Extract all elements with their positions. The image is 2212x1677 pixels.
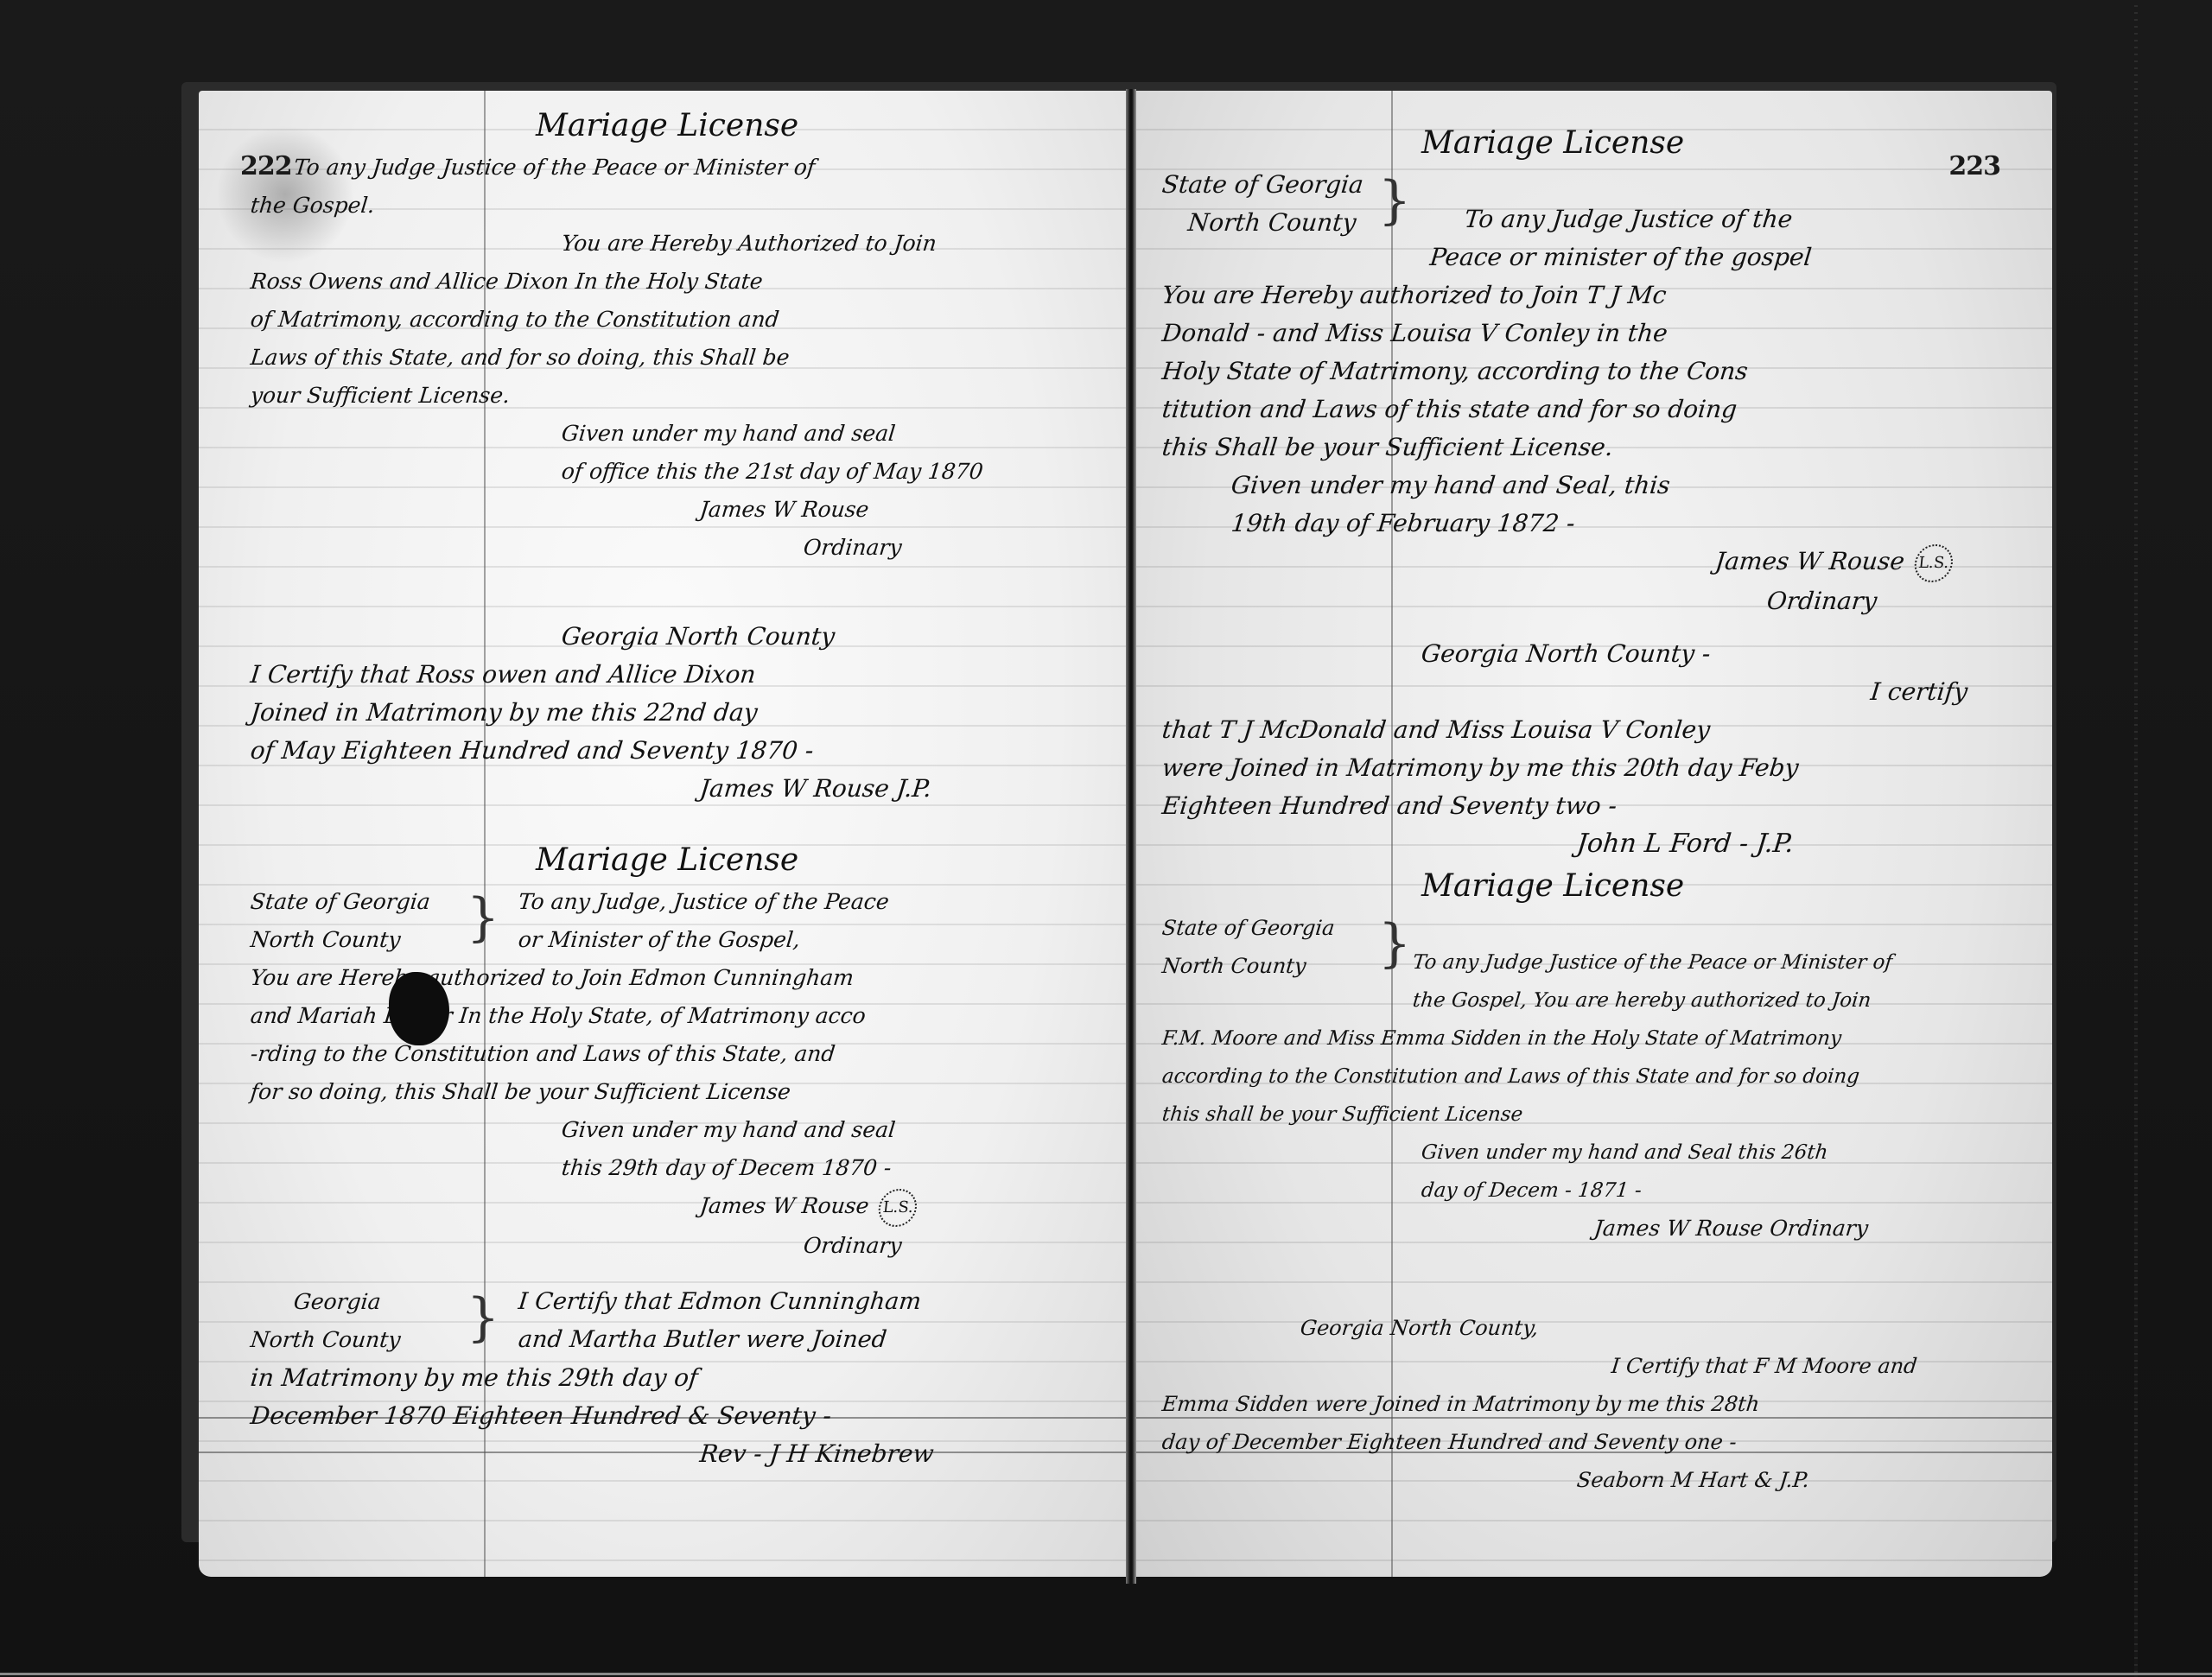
license-entry: Mariage License State of Georgia North C… (251, 842, 1106, 1265)
certificate-entry: Georgia North County I Certify that Ross… (251, 618, 1106, 808)
text-line: To any Judge, Justice of the Peace (499, 883, 891, 921)
signature-name: James W Rouse (1713, 547, 1905, 575)
seal-icon: L.S. (1913, 544, 1955, 582)
text-line: titution and Laws of this state and for … (1160, 391, 2029, 429)
text-line: the Gospel. (249, 187, 1109, 225)
entry-heading: Mariage License (251, 842, 1106, 878)
signature: James W Rouse J.P. (249, 770, 1109, 808)
signature-name: James W Rouse (699, 1193, 871, 1218)
certificate-entry: Georgia North County, I Certify that F M… (1162, 1309, 2035, 1499)
entry-heading: Georgia North County, (1160, 1309, 2037, 1347)
text-line: I Certify that Ross owen and Allice Dixo… (249, 656, 1109, 694)
text-line: Holy State of Matrimony, according to th… (1160, 353, 2029, 391)
text-line: Donald - and Miss Louisa V Conley in the (1160, 314, 2029, 353)
state-label: State of Georgia (1160, 909, 1381, 947)
text-line: To any Judge Justice of the Peace or Min… (1411, 943, 1895, 981)
county-label: North County (249, 1321, 469, 1359)
entry-heading: Mariage License (1162, 868, 2035, 904)
text-line: were Joined in Matrimony by me this 20th… (1160, 749, 2029, 787)
signature: John L Ford - J.P. (1160, 825, 2029, 863)
text-line: and Mariah Butler In the Holy State, of … (249, 997, 1109, 1035)
license-entry: Mariage License State of Georgia North C… (1162, 868, 2035, 1248)
text-line: this shall be your Sufficient License (1160, 1096, 2037, 1134)
text-line: Given under my hand and Seal this 26th (1160, 1134, 2037, 1172)
signature: James W RouseL.S. (1160, 543, 2029, 582)
text-line: I Certify that Edmon Cunningham (499, 1283, 924, 1321)
scanner-bottom-line (0, 1673, 2212, 1675)
text-line: You are Hereby authorized to Join Edmon … (249, 959, 1109, 997)
text-line: December 1870 Eighteen Hundred & Seventy… (249, 1397, 1109, 1435)
brace-icon: } (1378, 909, 1413, 978)
signature: James W Rouse (249, 491, 1109, 529)
text-line: F.M. Moore and Miss Emma Sidden in the H… (1160, 1020, 2037, 1058)
signature: James W RouseL.S. (249, 1187, 1109, 1227)
text-line: Given under my hand and seal (249, 1111, 1109, 1149)
open-ledger-book: 222 Mariage License To any Judge Justice… (181, 82, 2056, 1542)
state-county-labels: State of Georgia North County (1162, 166, 1378, 242)
state-county-block: State of Georgia North County } To any J… (1162, 909, 2035, 1020)
text-line: day of December Eighteen Hundred and Sev… (1160, 1423, 2037, 1461)
county-label: North County (249, 921, 469, 959)
state-label: Georgia (249, 1283, 469, 1321)
brace-icon: } (467, 1283, 501, 1352)
text-line: 19th day of February 1872 - (1160, 505, 2029, 543)
text-line: your Sufficient License. (249, 377, 1109, 415)
right-page: 223 Mariage License State of Georgia Nor… (1136, 91, 2052, 1577)
license-entry: Mariage License To any Judge Justice of … (251, 108, 1106, 567)
state-county-labels: Georgia North County (251, 1283, 467, 1359)
text-line: Given under my hand and seal (249, 415, 1109, 453)
state-county-block: State of Georgia North County } To any J… (251, 883, 1106, 959)
state-county-block: Georgia North County } I Certify that Ed… (251, 1283, 1106, 1359)
text-line: that T J McDonald and Miss Louisa V Conl… (1160, 711, 2029, 749)
entry-heading: Georgia North County (249, 618, 1109, 656)
text-line: You are Hereby Authorized to Join (249, 225, 1109, 263)
county-label: North County (1160, 204, 1381, 242)
brace-icon: } (1378, 166, 1413, 235)
signature-title: Ordinary (249, 1227, 1109, 1265)
signature: Rev - J H Kinebrew (249, 1435, 1109, 1473)
scanner-edge-strip (2134, 0, 2138, 1677)
book-gutter (1126, 89, 1136, 1584)
text-line: I certify (1160, 673, 2029, 711)
entry-heading: Mariage License (1162, 125, 2026, 161)
county-label: North County (1160, 947, 1381, 985)
text-line: according to the Constitution and Laws o… (1160, 1058, 2037, 1096)
text-line: I Certify that F M Moore and (1160, 1347, 2037, 1385)
addressee: To any Judge Justice of the Peace or Min… (1413, 909, 1892, 1020)
text-line: of May Eighteen Hundred and Seventy 1870… (249, 732, 1109, 770)
text-line: To any Judge Justice of the Peace or Min… (249, 149, 1109, 187)
signature: James W Rouse Ordinary (1160, 1210, 2037, 1248)
state-county-block: State of Georgia North County } To any J… (1162, 166, 2026, 276)
text-line: Emma Sidden were Joined in Matrimony by … (1160, 1385, 2037, 1423)
text-line: Eighteen Hundred and Seventy two - (1160, 787, 2029, 825)
text-line: the Gospel, You are hereby authorized to… (1411, 981, 1895, 1020)
text-line: Peace or minister of the gospel (1411, 238, 1814, 276)
addressee: To any Judge, Justice of the Peace or Mi… (501, 883, 889, 959)
text-line: Ross Owens and Allice Dixon In the Holy … (249, 263, 1109, 301)
text-line: day of Decem - 1871 - (1160, 1172, 2037, 1210)
signature-title: Ordinary (1160, 582, 2029, 620)
addressee: To any Judge Justice of the Peace or min… (1413, 166, 1812, 276)
state-label: State of Georgia (249, 883, 469, 921)
certificate-entry: Georgia North County } I Certify that Ed… (251, 1283, 1106, 1473)
entry-heading: Mariage License (251, 108, 1106, 143)
left-page: 222 Mariage License To any Judge Justice… (199, 91, 1128, 1577)
signature-title: Ordinary (249, 529, 1109, 567)
state-label: State of Georgia (1160, 166, 1381, 204)
text-line: -rding to the Constitution and Laws of t… (249, 1035, 1109, 1073)
text-line: this Shall be your Sufficient License. (1160, 429, 2029, 467)
state-county-labels: State of Georgia North County (251, 883, 467, 959)
license-entry: Mariage License State of Georgia North C… (1162, 125, 2026, 620)
text-line: in Matrimony by me this 29th day of (249, 1359, 1109, 1397)
text-line: for so doing, this Shall be your Suffici… (249, 1073, 1109, 1111)
text-line: Joined in Matrimony by me this 22nd day (249, 694, 1109, 732)
text-line: of Matrimony, according to the Constitut… (249, 301, 1109, 339)
text-line: or Minister of the Gospel, (499, 921, 891, 959)
text-line: this 29th day of Decem 1870 - (249, 1149, 1109, 1187)
text-line: To any Judge Justice of the (1411, 200, 1814, 238)
text-line: of office this the 21st day of May 1870 (249, 453, 1109, 491)
entry-heading: Georgia North County - (1160, 635, 2029, 673)
brace-icon: } (467, 883, 501, 952)
certificate-opening: I Certify that Edmon Cunningham and Mart… (501, 1283, 921, 1359)
text-line: Given under my hand and Seal, this (1160, 467, 2029, 505)
page-tab-marker (389, 972, 449, 1045)
state-county-labels: State of Georgia North County (1162, 909, 1378, 985)
signature: Seaborn M Hart & J.P. (1160, 1461, 2037, 1499)
text-line: and Martha Butler were Joined (499, 1321, 924, 1359)
certificate-entry: Georgia North County - I certify that T … (1162, 635, 2026, 863)
text-line: You are Hereby authorized to Join T J Mc (1160, 276, 2029, 314)
seal-icon: L.S. (877, 1189, 919, 1227)
text-line: Laws of this State, and for so doing, th… (249, 339, 1109, 377)
